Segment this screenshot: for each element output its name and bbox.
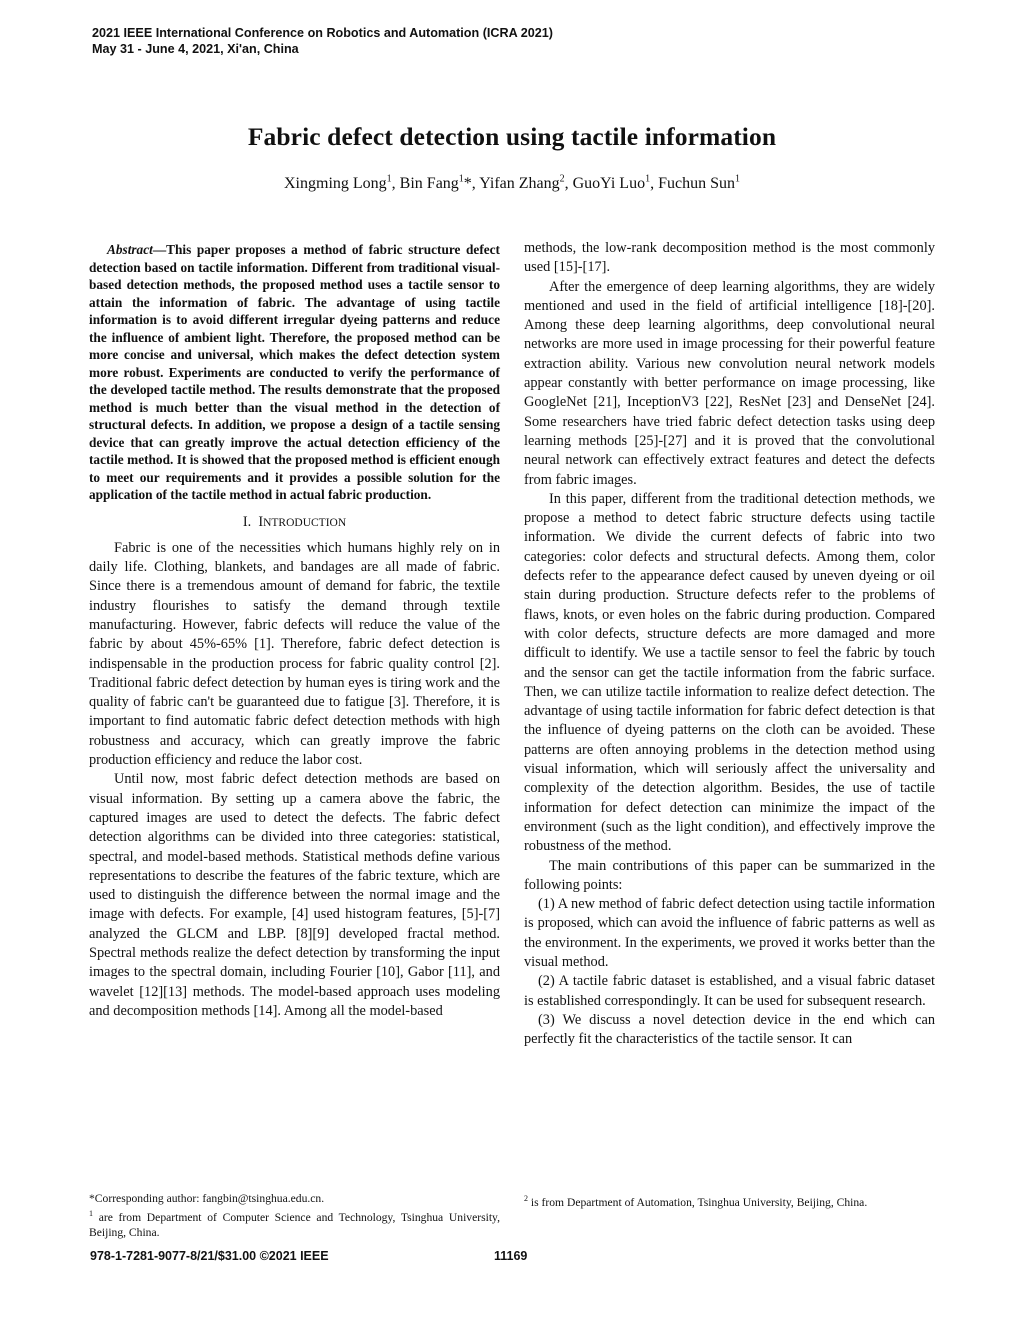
paragraph: Fabric is one of the necessities which h…	[89, 539, 500, 771]
left-column: Abstract—This paper proposes a method of…	[89, 239, 500, 1021]
author: Bin Fang1*,	[400, 175, 480, 192]
paragraph: In this paper, different from the tradit…	[524, 490, 935, 857]
abstract-text: This paper proposes a method of fabric s…	[89, 242, 500, 502]
paragraph: Until now, most fabric defect detection …	[89, 770, 500, 1021]
isbn-copyright: 978-1-7281-9077-8/21/$31.00 ©2021 IEEE	[90, 1249, 329, 1263]
contribution-item: (2) A tactile fabric dataset is establis…	[524, 972, 935, 1011]
page-number: 11169	[494, 1249, 527, 1263]
abstract-label: Abstract	[107, 242, 153, 257]
author: Xingming Long1,	[284, 175, 400, 192]
contribution-item: (1) A new method of fabric defect detect…	[524, 895, 935, 972]
author: Fuchun Sun1	[658, 175, 740, 192]
paragraph: The main contributions of this paper can…	[524, 857, 935, 896]
footnotes-left: *Corresponding author: fangbin@tsinghua.…	[89, 1191, 500, 1241]
paragraph-continued: methods, the low-rank decomposition meth…	[524, 239, 935, 278]
right-column: methods, the low-rank decomposition meth…	[524, 239, 935, 1049]
corresponding-author-note: *Corresponding author: fangbin@tsinghua.…	[89, 1191, 500, 1206]
affiliation-note-2: 2 is from Department of Automation, Tsin…	[524, 1191, 944, 1210]
paper-title: Fabric defect detection using tactile in…	[0, 122, 1024, 152]
conference-header: 2021 IEEE International Conference on Ro…	[92, 26, 553, 57]
conference-dates-location: May 31 - June 4, 2021, Xi'an, China	[92, 42, 553, 58]
conference-name: 2021 IEEE International Conference on Ro…	[92, 26, 553, 42]
author-list: Xingming Long1, Bin Fang1*, Yifan Zhang2…	[0, 174, 1024, 193]
affiliation-note-1: 1 are from Department of Computer Scienc…	[89, 1206, 500, 1240]
contribution-item: (3) We discuss a novel detection device …	[524, 1011, 935, 1050]
author: Yifan Zhang2,	[479, 175, 572, 192]
section-heading-introduction: I. INTRODUCTION	[89, 513, 500, 533]
abstract: Abstract—This paper proposes a method of…	[89, 241, 500, 504]
footnotes-right: 2 is from Department of Automation, Tsin…	[524, 1191, 944, 1210]
author: GuoYi Luo1,	[573, 175, 658, 192]
contributions-list: (1) A new method of fabric defect detect…	[524, 895, 935, 1049]
paragraph: After the emergence of deep learning alg…	[524, 278, 935, 490]
